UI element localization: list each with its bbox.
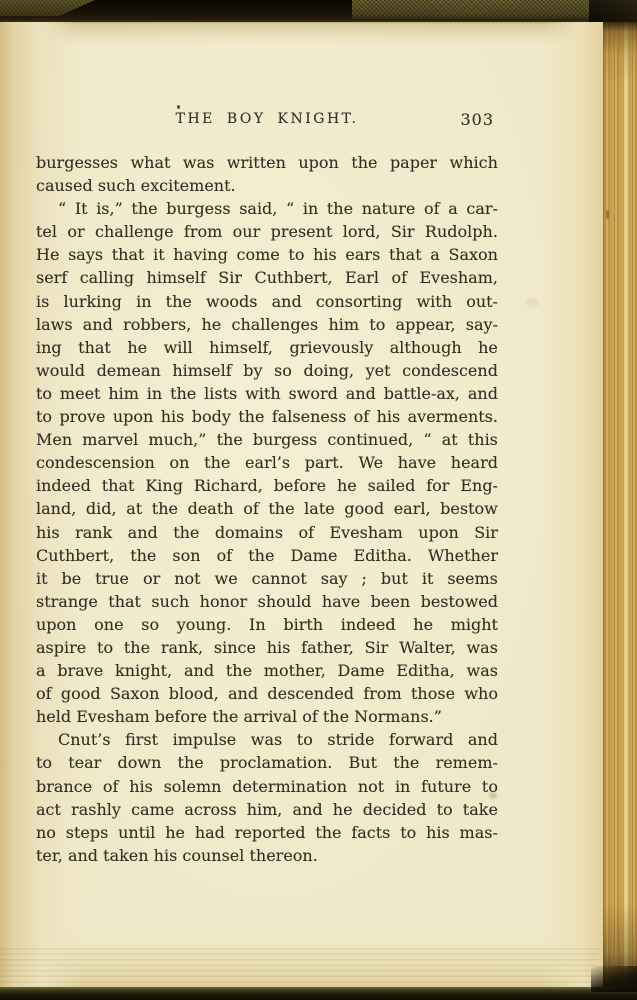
text-line: tomeethiminthelistswithswordandbattle-ax…	[36, 382, 498, 405]
book-cover-top-edge	[0, 0, 637, 22]
text-line: ofgoodSaxonblood,anddescendedfromthosewh…	[36, 682, 498, 705]
book-cover-bottom-edge	[0, 987, 637, 1000]
text-line: serfcallinghimselfSirCuthbert,EarlofEves…	[36, 266, 498, 289]
text-line: burgesseswhatwaswrittenuponthepaperwhich	[36, 151, 498, 174]
book-cover-bottom-right-corner	[591, 966, 637, 992]
page-number: 303	[460, 110, 494, 129]
text-line: Cuthbert,thesonoftheDameEditha.Whether	[36, 544, 498, 567]
book-cloth-texture-left	[0, 0, 95, 16]
text-line: caused such excitement.	[36, 174, 498, 197]
text-line: indeedthatKingRichard,beforehesailedforE…	[36, 474, 498, 497]
text-line: “Itis,”theburgesssaid,“inthenatureofacar…	[36, 197, 498, 220]
book-cover-top-right-corner	[589, 0, 637, 22]
text-line: Cnut’sfirstimpulsewastostrideforwardand	[36, 728, 498, 751]
text-line: actrashlycameacrosshim,andhedecidedtotak…	[36, 798, 498, 821]
text-line: held Evesham before the arrival of the N…	[36, 705, 498, 728]
text-line: lawsandrobbers,hechallengeshimtoappear,s…	[36, 313, 498, 336]
text-line: aspiretotherank,sincehisfather,SirWalter…	[36, 636, 498, 659]
scan-speck	[177, 105, 180, 109]
text-line: abraveknight,andthemother,DameEditha,was	[36, 659, 498, 682]
scanned-book-page-photo: THE BOY KNIGHT. 303 burgesseswhatwaswrit…	[0, 0, 637, 1000]
text-line: telorchallengefromourpresentlord,SirRudo…	[36, 220, 498, 243]
text-line: condescensionontheearl’spart.Wehaveheard	[36, 451, 498, 474]
text-line: HesaysthatithavingcometohisearsthataSaxo…	[36, 243, 498, 266]
text-line: strangethatsuchhonorshouldhavebeenbestow…	[36, 590, 498, 613]
text-line: toteardowntheproclamation.Buttheremem-	[36, 751, 498, 774]
text-line: land,did,atthedeathofthelategoodearl,bes…	[36, 497, 498, 520]
page-bottom-edge-streaks	[0, 948, 599, 992]
scan-speck	[526, 298, 538, 307]
book-cloth-texture	[352, 0, 600, 19]
text-line: toproveuponhisbodythefalsenessofhisaverm…	[36, 405, 498, 428]
text-line: ingthathewillhimself,grievouslyalthoughh…	[36, 336, 498, 359]
stacked-page-edges	[603, 20, 637, 990]
text-line: branceofhissolemndeterminationnotinfutur…	[36, 775, 498, 798]
text-line: itbetrueornotwecannotsay;butitseems	[36, 567, 498, 590]
body-text: burgesseswhatwaswrittenuponthepaperwhich…	[36, 151, 498, 867]
text-line: hisrankandthedomainsofEveshamuponSir	[36, 521, 498, 544]
text-line: ter, and taken his counsel thereon.	[36, 844, 498, 867]
text-line: islurkinginthewoodsandconsortingwithout-	[36, 290, 498, 313]
text-line: woulddemeanhimselfbysodoing,yetcondescen…	[36, 359, 498, 382]
text-line: upononesoyoung.Inbirthindeedhemight	[36, 613, 498, 636]
scan-speck	[606, 210, 609, 219]
page-header: THE BOY KNIGHT. 303	[36, 111, 498, 133]
running-title: THE BOY KNIGHT.	[176, 111, 359, 127]
text-line: Menmarvelmuch,”theburgesscontinued,“atth…	[36, 428, 498, 451]
text-line: nostepsuntilhehadreportedthefactstohisma…	[36, 821, 498, 844]
scan-speck	[489, 792, 497, 799]
book-page: THE BOY KNIGHT. 303 burgesseswhatwaswrit…	[0, 20, 605, 992]
